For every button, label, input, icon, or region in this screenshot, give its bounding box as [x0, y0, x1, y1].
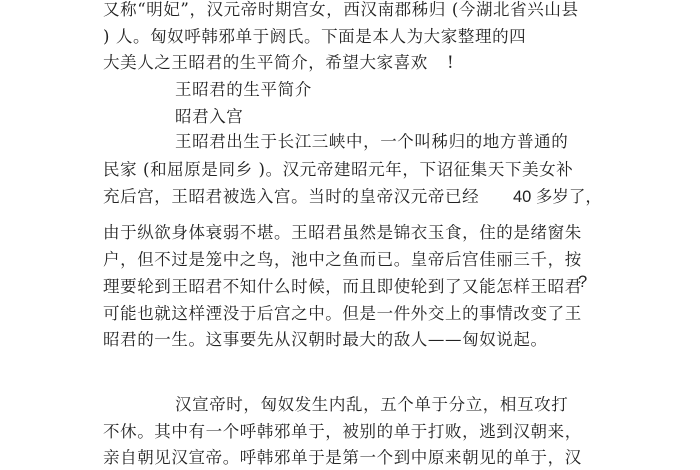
text-line: 亲自朝见汉宣帝。呼韩邪单于是第一个到中原来朝见的单于，汉	[103, 448, 582, 468]
subsection-heading: 昭君入宫	[175, 107, 243, 127]
text-line: 大美人之王昭君的生平简介，希望大家喜欢	[103, 53, 428, 73]
section-heading: 王昭君的生平简介	[175, 80, 312, 100]
text-line: 昭君的一生。这事要先从汉朝时最大的敌人——匈奴说起。	[103, 330, 548, 350]
text-line: 理要轮到王昭君不知什么时候，而且即使轮到了又能怎样王昭君	[103, 277, 582, 297]
document-page: 又称“明妃”，汉元帝时期宫女，西汉南郡秭归 (今湖北省兴山县 ) 人。匈奴呼韩邪…	[0, 0, 700, 470]
text-line: 户，但不过是笼中之鸟，池中之鱼而已。皇帝后宫佳丽三千，按	[103, 250, 582, 270]
text-line: 又称“明妃”，汉元帝时期宫女，西汉南郡秭归 (今湖北省兴山县	[103, 0, 579, 20]
text-line: 充后宫，王昭君被选入宫。当时的皇帝汉元帝已经	[103, 187, 479, 207]
exclamation-mark: !	[447, 53, 454, 73]
text-line: 可能也就这样湮没于后宫之中。但是一件外交上的事情改变了王	[103, 304, 582, 324]
text-line: 不休。其中有一个呼韩邪单于，被别的单于打败，逃到汉朝来，	[103, 422, 582, 442]
text-line: ) 人。匈奴呼韩邪单于阏氏。下面是本人为大家整理的四	[103, 27, 526, 47]
text-line: 由于纵欲身体衰弱不堪。王昭君虽然是锦衣玉食，住的是绪窗朱	[103, 223, 582, 243]
question-mark: ?	[578, 272, 587, 292]
age-text: 40 多岁了，	[513, 187, 602, 207]
text-line: 王昭君出生于长江三峡中，一个叫秭归的地方普通的	[175, 132, 568, 152]
text-line: 汉宣帝时，匈奴发生内乱，五个单于分立，相互攻打	[175, 395, 568, 415]
text-line: 民家 (和屈原是同乡 )。汉元帝建昭元年，下诏征集天下美女补	[103, 160, 573, 180]
